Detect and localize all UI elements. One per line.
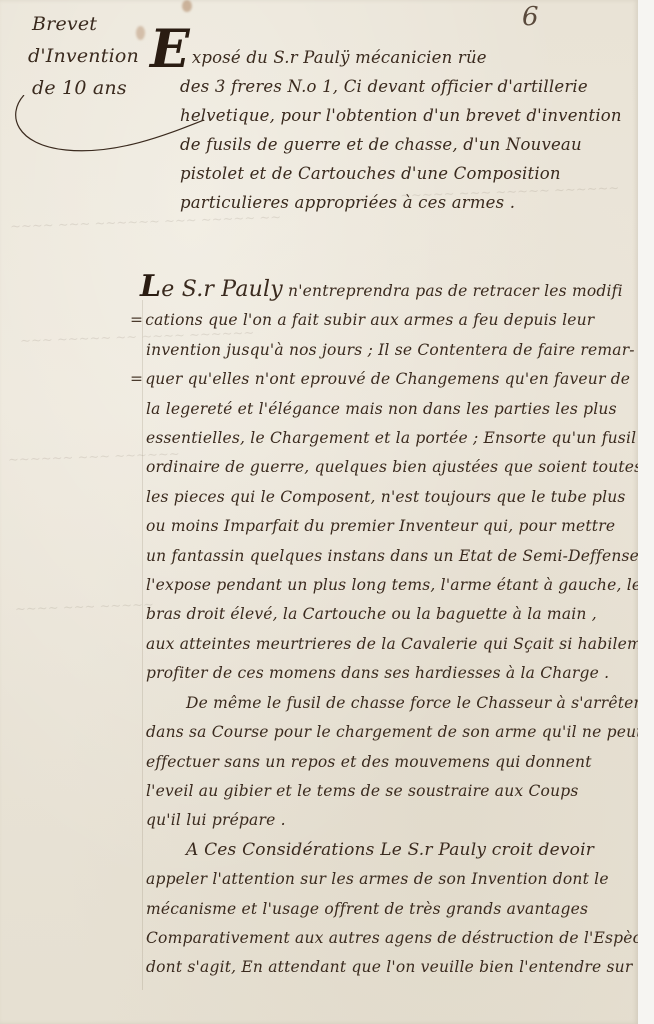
body-lead-name: e S.r Pauly <box>161 277 283 302</box>
body-line: dans sa Course pour le chargement de son… <box>130 718 650 747</box>
body-line: ou moins Imparfait du premier Inventeur … <box>130 512 650 541</box>
document-title: Exposé du S.r Paulÿ mécanicien rüe des 3… <box>150 40 640 217</box>
body-line: dont s'agit, En attendant que l'on veuil… <box>130 953 650 982</box>
body-line: aux atteintes meurtrieres de la Cavaleri… <box>130 630 650 659</box>
title-line: des 3 freres N.o 1, Ci devant officier d… <box>150 72 640 101</box>
title-dropcap: E <box>150 19 190 80</box>
body-line: un fantassin quelques instans dans un Et… <box>130 542 650 571</box>
body-line: essentielles, le Chargement et la portée… <box>130 424 650 453</box>
body-line: Comparativement aux autres agens de dést… <box>130 924 650 953</box>
page-number: 6 <box>522 2 539 32</box>
body-line: l'eveil au gibier et le tems de se soust… <box>130 777 650 806</box>
body-line: A Ces Considérations Le S.r Pauly croit … <box>130 836 650 865</box>
body-line: ordinaire de guerre, quelques bien ajust… <box>130 453 650 482</box>
title-line: Exposé du S.r Paulÿ mécanicien rüe <box>150 40 640 72</box>
page-edge-background <box>638 0 654 1024</box>
continuation-mark: = <box>130 370 143 388</box>
body-line: bras droit élevé, la Cartouche ou la bag… <box>130 600 650 629</box>
manuscript-page: ~~~~ ~~~ ~~~~~~ ~~~ ~~~~~ ~~ ~~~ ~~~~~ ~… <box>0 0 638 1024</box>
title-line: de fusils de guerre et de chasse, d'un N… <box>150 130 640 159</box>
title-line: particulieres appropriées à ces armes . <box>150 188 640 217</box>
title-line: helvetique, pour l'obtention d'un brevet… <box>150 101 640 130</box>
body-line: l'expose pendant un plus long tems, l'ar… <box>130 571 650 600</box>
body-line: invention jusqu'à nos jours ; Il se Cont… <box>130 336 650 365</box>
body-line: Le S.r Pauly n'entreprendra pas de retra… <box>130 272 650 306</box>
body-line: effectuer sans un repos et des mouvemens… <box>130 748 650 777</box>
body-line: la legereté et l'élégance mais non dans … <box>130 395 650 424</box>
ink-stain <box>182 0 192 12</box>
body-line: =quer qu'elles n'ont eprouvé de Changeme… <box>130 365 650 394</box>
body-line: =cations que l'on a fait subir aux armes… <box>130 306 650 335</box>
body-line: les pieces qui le Composent, n'est toujo… <box>130 483 650 512</box>
body-lead-cap: L <box>140 269 161 304</box>
continuation-mark: = <box>130 311 143 329</box>
document-body: Le S.r Pauly n'entreprendra pas de retra… <box>130 272 650 983</box>
body-line: appeler l'attention sur les armes de son… <box>130 865 650 894</box>
body-line: profiter de ces momens dans ses hardiess… <box>130 659 650 688</box>
title-line: pistolet et de Cartouches d'une Composit… <box>150 159 640 188</box>
body-line: mécanisme et l'usage offrent de très gra… <box>130 895 650 924</box>
body-line: De même le fusil de chasse force le Chas… <box>130 689 650 718</box>
body-line: qu'il lui prépare . <box>130 806 650 835</box>
